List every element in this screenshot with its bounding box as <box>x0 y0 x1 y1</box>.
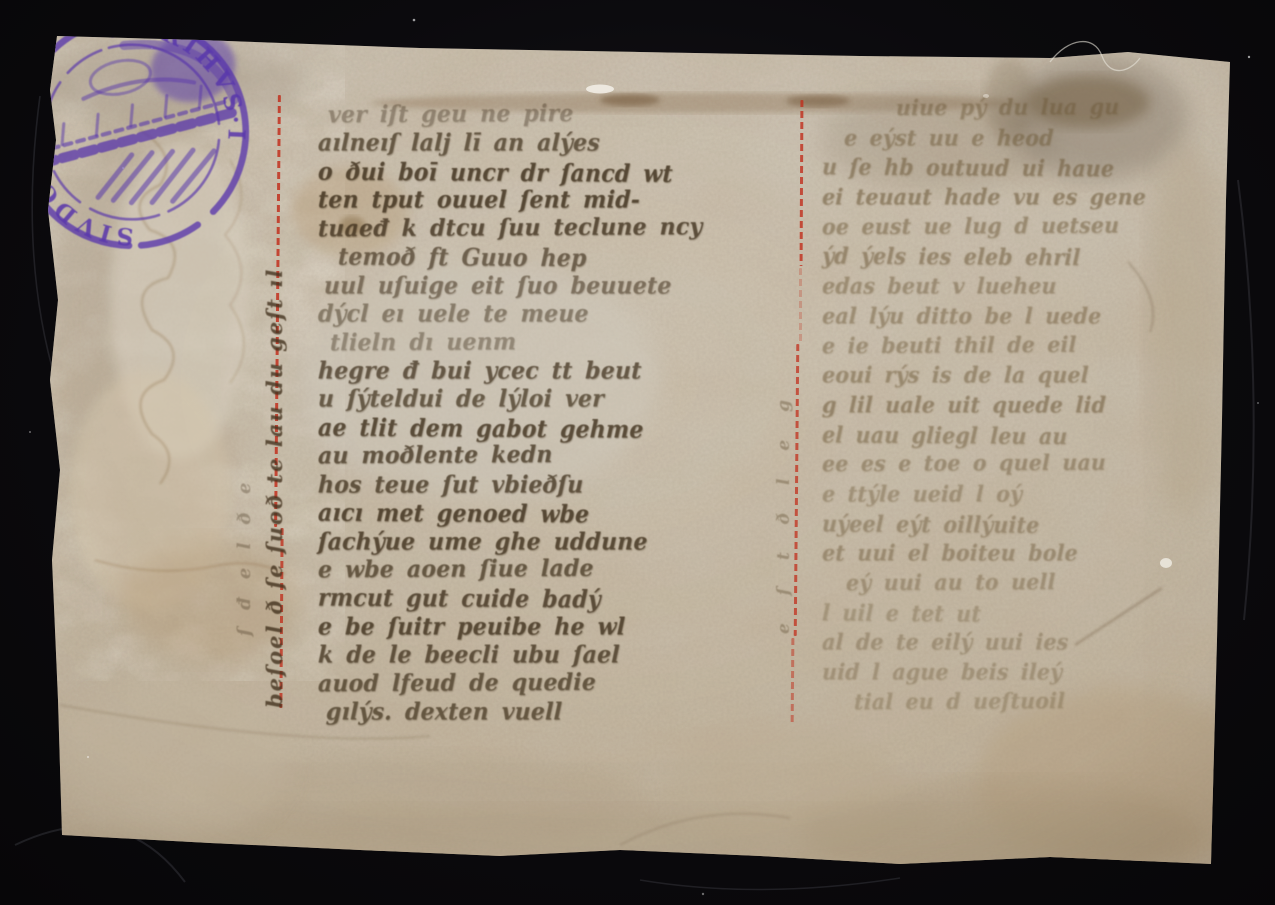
manuscript-line: tuaeđ k dtcu ſuu teclune ncy <box>318 212 779 245</box>
manuscript-line: uiue pý du lua gu <box>896 93 1233 126</box>
manuscript-line: al de te eilý uui ies <box>821 629 1232 661</box>
manuscript-line: e ttýle ueid l oý <box>821 481 1232 513</box>
manuscript-line: tlieln dı uenm <box>330 326 779 359</box>
manuscript-line: g lil uale uit quede lid <box>821 392 1232 424</box>
manuscript-line: e be ſuitr peuibe he wl <box>317 613 778 644</box>
text-column-left: ver iſt geu ne pireaılneıſ lalj lī an al… <box>318 102 778 728</box>
manuscript-line: e eýst uu e heod <box>843 125 1232 157</box>
red-ruling-line-right <box>800 100 804 266</box>
manuscript-line: au moðlente kedn <box>318 440 779 473</box>
manuscript-line: uid l ague beis ileý <box>821 659 1232 691</box>
manuscript-line: hegre đ bui ycec tt beut <box>317 357 778 388</box>
manuscript-line: hos teue ſut vbieðſu <box>317 471 778 502</box>
manuscript-line: tial eu d ueſtuoil <box>854 687 1233 721</box>
manuscript-line: ver iſt geu ne pire <box>328 99 779 132</box>
manuscript-line: auod lfeud de quedie <box>318 667 779 700</box>
manuscript-line: oe eust ue lug d uetseu <box>822 212 1233 246</box>
manuscript-line: e wbe aoen ſiue lade <box>318 554 779 587</box>
manuscript-line: ei teuaut hade vu es gene <box>821 184 1232 216</box>
manuscript-line: e ie beuti thil de eil <box>822 330 1233 364</box>
red-ruling-line-right-lower <box>791 638 795 726</box>
manuscript-line: eý uui au to uell <box>846 568 1233 602</box>
manuscript-line: u ſýteldui de lýloi ver <box>317 385 778 416</box>
manuscript-line: uul uſuige eit ſuo beuuete <box>323 271 778 302</box>
manuscript-line: dýcl eı uele te meue <box>317 300 778 331</box>
manuscript-line: ee es e toe o quel uau <box>822 449 1233 483</box>
photo-stage: beſoel ð ſe ſuoð te lau du geſt ıl ſ đ e… <box>0 0 1275 905</box>
manuscript-line: gılýs. dexten vuell <box>325 698 778 729</box>
left-margin-vertical-inscription: beſoel ð ſe ſuoð te lau du geſt ıl <box>262 108 287 708</box>
left-margin-vertical-inscription-faint: ſ đ e l ð e <box>234 300 255 636</box>
red-ruling-line-right-faint <box>799 268 802 342</box>
red-ruling-line-right-mid <box>794 344 800 636</box>
manuscript-line: edas beut v lueheu <box>821 273 1232 305</box>
manuscript-line: aılneıſ lalj lī an alýes <box>317 129 778 160</box>
manuscript-line: eal lýu ditto be l uede <box>821 303 1232 335</box>
parchment-overlay: beſoel ð ſe ſuoð te lau du geſt ıl ſ đ e… <box>0 0 1275 905</box>
text-column-right: uiue pý du lua gue eýst uu e heodu ſe hb… <box>822 96 1232 719</box>
manuscript-line: eoui rýs is de la quel <box>821 362 1232 394</box>
